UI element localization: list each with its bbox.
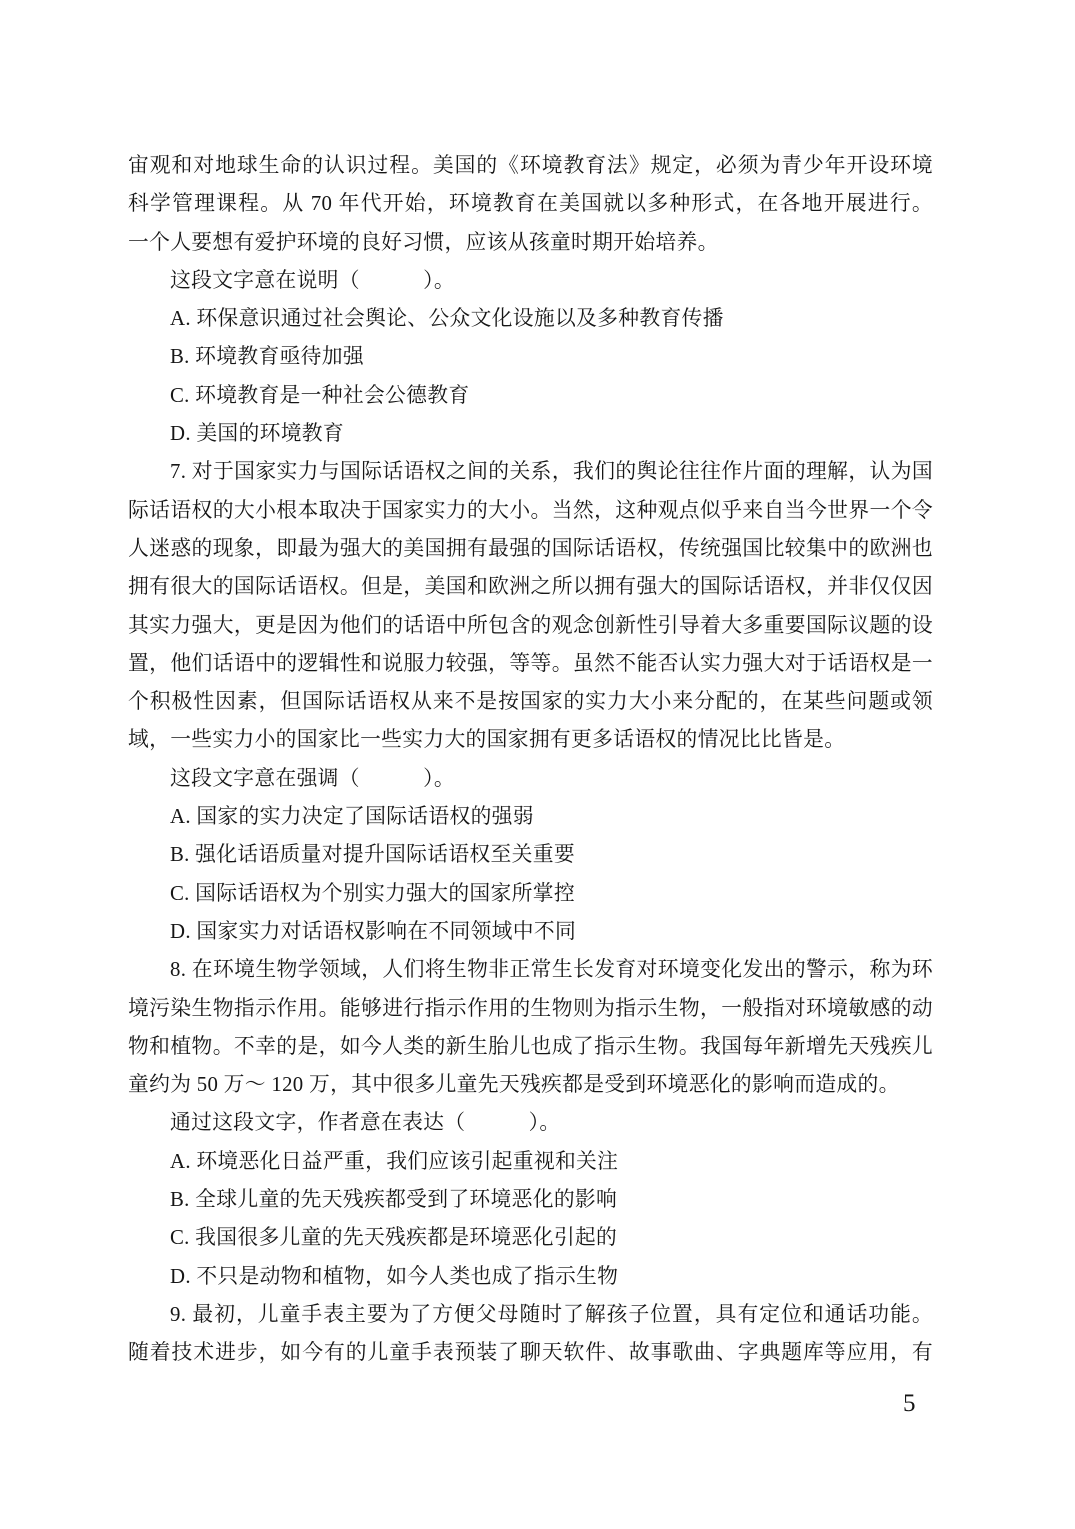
text-line: C. 国际话语权为个别实力强大的国家所掌控	[128, 875, 933, 913]
text-line: D. 美国的环境教育	[128, 415, 933, 453]
text-line: C. 我国很多儿童的先天残疾都是环境恶化引起的	[128, 1219, 933, 1257]
text-line: 置，他们话语中的逻辑性和说服力较强，等等。虽然不能否认实力强大对于话语权是一	[128, 645, 933, 683]
text-line: 际话语权的大小根本取决于国家实力的大小。当然，这种观点似乎来自当今世界一个令	[128, 492, 933, 530]
text-line: 7. 对于国家实力与国际话语权之间的关系，我们的舆论往往作片面的理解，认为国	[128, 453, 933, 491]
text-line: 通过这段文字，作者意在表达（ ）。	[128, 1104, 933, 1142]
question-7-passage: 7. 对于国家实力与国际话语权之间的关系，我们的舆论往往作片面的理解，认为国际话…	[128, 453, 933, 759]
question-6-options: A. 环保意识通过社会舆论、公众文化设施以及多种教育传播B. 环境教育亟待加强C…	[128, 300, 933, 453]
text-line: 随着技术进步，如今有的儿童手表预装了聊天软件、故事歌曲、字典题库等应用，有	[128, 1334, 933, 1372]
text-line: 人迷惑的现象，即最为强大的美国拥有最强的国际话语权，传统强国比较集中的欧洲也	[128, 530, 933, 568]
document-page: 宙观和对地球生命的认识过程。美国的《环境教育法》规定，必须为青少年开设环境科学管…	[0, 0, 1075, 1529]
text-line: A. 环保意识通过社会舆论、公众文化设施以及多种教育传播	[128, 300, 933, 338]
text-line: 这段文字意在说明（ ）。	[128, 262, 933, 300]
text-line: 宙观和对地球生命的认识过程。美国的《环境教育法》规定，必须为青少年开设环境	[128, 147, 933, 185]
question-7-options: A. 国家的实力决定了国际话语权的强弱B. 强化话语质量对提升国际话语权至关重要…	[128, 798, 933, 951]
text-line: B. 强化话语质量对提升国际话语权至关重要	[128, 836, 933, 874]
text-line: 这段文字意在强调（ ）。	[128, 760, 933, 798]
text-line: B. 全球儿童的先天残疾都受到了环境恶化的影响	[128, 1181, 933, 1219]
question-7-stem: 这段文字意在强调（ ）。	[128, 760, 933, 798]
text-line: A. 环境恶化日益严重，我们应该引起重视和关注	[128, 1143, 933, 1181]
text-line: 拥有很大的国际话语权。但是，美国和欧洲之所以拥有强大的国际话语权，并非仅仅因	[128, 568, 933, 606]
text-line: 个积极性因素，但国际话语权从来不是按国家的实力大小来分配的，在某些问题或领	[128, 683, 933, 721]
text-line: D. 不只是动物和植物，如今人类也成了指示生物	[128, 1258, 933, 1296]
page-number: 5	[903, 1384, 943, 1424]
text-line: 域，一些实力小的国家比一些实力大的国家拥有更多话语权的情况比比皆是。	[128, 721, 933, 759]
text-line: A. 国家的实力决定了国际话语权的强弱	[128, 798, 933, 836]
question-9-passage: 9. 最初，儿童手表主要为了方便父母随时了解孩子位置，具有定位和通话功能。随着技…	[128, 1296, 933, 1373]
text-line: 其实力强大，更是因为他们的话语中所包含的观念创新性引导着大多重要国际议题的设	[128, 607, 933, 645]
text-line: 境污染生物指示作用。能够进行指示作用的生物则为指示生物，一般指对环境敏感的动	[128, 990, 933, 1028]
text-line: B. 环境教育亟待加强	[128, 338, 933, 376]
text-line: 科学管理课程。从 70 年代开始，环境教育在美国就以多种形式，在各地开展进行。	[128, 185, 933, 223]
text-line: 一个人要想有爱护环境的良好习惯，应该从孩童时期开始培养。	[128, 224, 933, 262]
text-line: 物和植物。不幸的是，如今人类的新生胎儿也成了指示生物。我国每年新增先天残疾儿	[128, 1028, 933, 1066]
question-6-stem: 这段文字意在说明（ ）。	[128, 262, 933, 300]
question-8-passage: 8. 在环境生物学领域，人们将生物非正常生长发育对环境变化发出的警示，称为环境污…	[128, 951, 933, 1104]
text-line: 8. 在环境生物学领域，人们将生物非正常生长发育对环境变化发出的警示，称为环	[128, 951, 933, 989]
question-8-stem: 通过这段文字，作者意在表达（ ）。	[128, 1104, 933, 1142]
document-text-block: 宙观和对地球生命的认识过程。美国的《环境教育法》规定，必须为青少年开设环境科学管…	[128, 147, 933, 1373]
question-8-options: A. 环境恶化日益严重，我们应该引起重视和关注B. 全球儿童的先天残疾都受到了环…	[128, 1143, 933, 1296]
text-line: C. 环境教育是一种社会公德教育	[128, 377, 933, 415]
text-line: 9. 最初，儿童手表主要为了方便父母随时了解孩子位置，具有定位和通话功能。	[128, 1296, 933, 1334]
question-6-passage-continuation: 宙观和对地球生命的认识过程。美国的《环境教育法》规定，必须为青少年开设环境科学管…	[128, 147, 933, 262]
text-line: D. 国家实力对话语权影响在不同领域中不同	[128, 913, 933, 951]
text-line: 童约为 50 万～ 120 万，其中很多儿童先天残疾都是受到环境恶化的影响而造成…	[128, 1066, 933, 1104]
